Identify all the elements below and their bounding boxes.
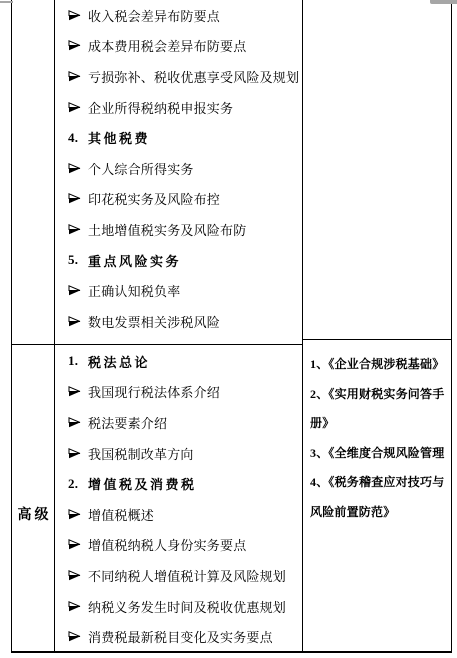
outline-item-label: 数电发票相关涉税风险	[88, 312, 220, 331]
arrow-bullet-icon	[68, 10, 81, 21]
arrow-bullet-icon	[68, 40, 81, 51]
textbook-line: 2、《实用财税实务问答手	[310, 379, 451, 409]
arrow-bullet-icon	[68, 316, 81, 327]
arrow-bullet-icon	[68, 386, 81, 397]
outline-heading: 1. 税法总论	[66, 346, 298, 377]
arrow-bullet-icon	[68, 509, 81, 520]
table-border-left	[11, 0, 12, 652]
outline-item: 我国现行税法体系介绍	[66, 377, 298, 408]
outline-list-row2: 1. 税法总论 我国现行税法体系介绍 税法要素介绍 我国税制改革方向 2. 增值…	[66, 346, 298, 652]
outline-item: 个人综合所得实务	[66, 153, 298, 184]
arrow-bullet-icon	[68, 631, 81, 642]
outline-heading-label: 税法总论	[88, 352, 150, 371]
document-page: 收入税会差异布防要点 成本费用税会差异布防要点 亏损弥补、税收优惠享受风险及规划…	[0, 0, 457, 658]
outline-item-label: 不同纳税人增值税计算及风险规划	[88, 566, 286, 585]
outline-item: 成本费用税会差异布防要点	[66, 31, 298, 62]
arrow-bullet-icon	[68, 193, 81, 204]
outline-item: 数电发票相关涉税风险	[66, 306, 298, 337]
outline-item: 正确认知税负率	[66, 275, 298, 306]
arrow-bullet-icon	[68, 71, 81, 82]
outline-item-label: 增值税纳税人身份实务要点	[88, 535, 246, 554]
textbook-line: 4、《税务稽查应对技巧与	[310, 467, 451, 497]
outline-list-row1: 收入税会差异布防要点 成本费用税会差异布防要点 亏损弥补、税收优惠享受风险及规划…	[66, 0, 298, 337]
textbook-line: 1、《企业合规涉税基础》	[310, 349, 451, 379]
outline-item-label: 增值税概述	[88, 505, 154, 524]
row-divider-left	[11, 344, 303, 345]
list-number: 4.	[68, 130, 88, 146]
outline-item-label: 亏损弥补、税收优惠享受风险及规划	[88, 67, 299, 86]
outline-item-label: 土地增值税实务及风险布防	[88, 220, 246, 239]
outline-item: 纳税义务发生时间及税收优惠规划	[66, 591, 298, 622]
outline-heading: 2. 增值税及消费税	[66, 468, 298, 499]
arrow-bullet-icon	[68, 285, 81, 296]
arrow-bullet-icon	[68, 448, 81, 459]
outline-item-label: 成本费用税会差异布防要点	[88, 36, 246, 55]
outline-item-label: 收入税会差异布防要点	[88, 6, 220, 25]
outline-item: 企业所得税纳税申报实务	[66, 92, 298, 123]
textbook-line: 3、《全维度合规风险管理	[310, 438, 451, 468]
arrow-bullet-icon	[68, 539, 81, 550]
outline-item-label: 我国现行税法体系介绍	[88, 382, 220, 401]
table-border-right	[451, 0, 452, 652]
arrow-bullet-icon	[68, 224, 81, 235]
outline-item-label: 印花税实务及风险布控	[88, 189, 220, 208]
arrow-bullet-icon	[68, 570, 81, 581]
crop-fragment-top-left	[0, 1, 13, 3]
outline-item: 亏损弥补、税收优惠享受风险及规划	[66, 61, 298, 92]
list-number: 2.	[68, 476, 88, 492]
outline-item: 土地增值税实务及风险布防	[66, 214, 298, 245]
outline-item: 印花税实务及风险布控	[66, 184, 298, 215]
outline-item-label: 个人综合所得实务	[88, 159, 194, 178]
arrow-bullet-icon	[68, 163, 81, 174]
table-divider-level-column	[54, 0, 55, 652]
list-number: 1.	[68, 353, 88, 369]
arrow-bullet-icon	[68, 601, 81, 612]
outline-heading: 4. 其他税费	[66, 122, 298, 153]
outline-heading-label: 增值税及消费税	[88, 474, 197, 493]
outline-item: 增值税概述	[66, 499, 298, 530]
arrow-bullet-icon	[68, 417, 81, 428]
list-number: 5.	[68, 252, 88, 268]
outline-item-label: 企业所得税纳税申报实务	[88, 98, 233, 117]
table-divider-books-column	[302, 0, 303, 652]
crop-fragment-top-right	[430, 0, 457, 4]
outline-item-label: 税法要素介绍	[88, 413, 167, 432]
outline-item-label: 纳税义务发生时间及税收优惠规划	[88, 597, 286, 616]
outline-heading-label: 重点风险实务	[88, 251, 181, 270]
outline-item-label: 消费税最新税目变化及实务要点	[88, 627, 273, 646]
outline-item: 我国税制改革方向	[66, 438, 298, 469]
outline-item: 税法要素介绍	[66, 407, 298, 438]
outline-item-label: 我国税制改革方向	[88, 444, 194, 463]
outline-heading: 5. 重点风险实务	[66, 245, 298, 276]
outline-item: 不同纳税人增值税计算及风险规划	[66, 560, 298, 591]
arrow-bullet-icon	[68, 102, 81, 113]
textbook-line: 册》	[310, 408, 451, 438]
outline-item: 收入税会差异布防要点	[66, 0, 298, 31]
outline-item: 消费税最新税目变化及实务要点	[66, 621, 298, 652]
outline-item: 增值税纳税人身份实务要点	[66, 530, 298, 561]
textbook-list: 1、《企业合规涉税基础》 2、《实用财税实务问答手 册》 3、《全维度合规风险管…	[310, 349, 451, 526]
outline-heading-label: 其他税费	[88, 128, 150, 147]
row-divider-right	[302, 339, 452, 340]
level-cell-label: 高级	[11, 504, 55, 524]
textbook-line: 风险前置防范》	[310, 497, 451, 527]
outline-item-label: 正确认知税负率	[88, 281, 180, 300]
